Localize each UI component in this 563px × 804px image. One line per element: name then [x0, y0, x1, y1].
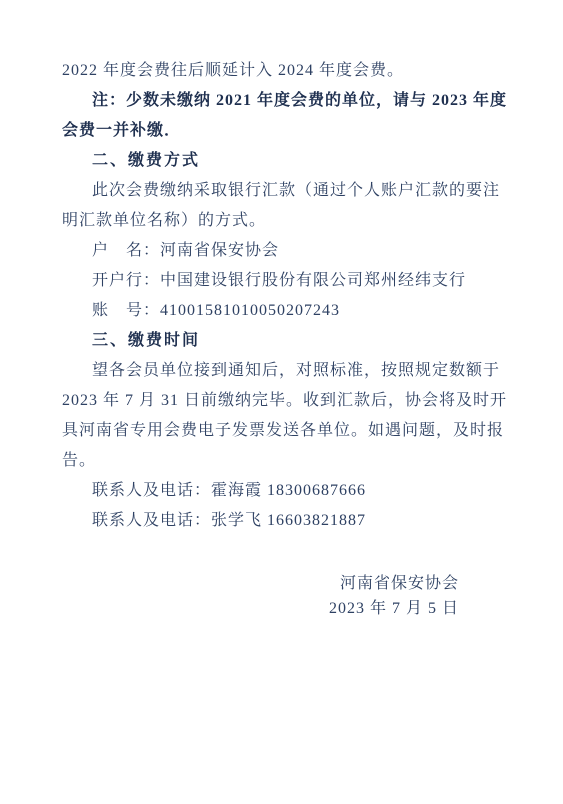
doc-line-bank-name: 开户行：中国建设银行股份有限公司郑州经纬支行 [62, 266, 503, 296]
doc-line-account-number: 账 号：41001581010050207243 [62, 296, 503, 326]
signature-block: 河南省保安协会 2023 年 7 月 5 日 [62, 571, 503, 621]
doc-line-contact-1: 联系人及电话：霍海霞 18300687666 [62, 476, 503, 506]
doc-line-method-2: 明汇款单位名称）的方式。 [62, 206, 503, 236]
heading-payment-time: 三、缴费时间 [62, 326, 503, 356]
doc-line-note-continuation: 会费一并补缴． [62, 116, 503, 146]
heading-payment-method: 二、缴费方式 [62, 146, 503, 176]
document-page: 2022 年度会费往后顺延计入 2024 年度会费。 注：少数未缴纳 2021 … [0, 0, 563, 804]
doc-line-time-3: 具河南省专用会费电子发票发送各单位。如遇问题，及时报 [62, 416, 503, 446]
signature-date: 2023 年 7 月 5 日 [62, 596, 459, 621]
doc-line-continuation: 2022 年度会费往后顺延计入 2024 年度会费。 [62, 56, 503, 86]
doc-line-note: 注：少数未缴纳 2021 年度会费的单位，请与 2023 年度 [62, 86, 503, 116]
signature-organization: 河南省保安协会 [62, 571, 459, 596]
doc-line-contact-2: 联系人及电话：张学飞 16603821887 [62, 506, 503, 536]
doc-line-account-holder: 户 名：河南省保安协会 [62, 236, 503, 266]
doc-line-time-1: 望各会员单位接到通知后，对照标准，按照规定数额于 [62, 356, 503, 386]
document-body: 2022 年度会费往后顺延计入 2024 年度会费。 注：少数未缴纳 2021 … [62, 56, 503, 621]
doc-line-method-1: 此次会费缴纳采取银行汇款（通过个人账户汇款的要注 [62, 176, 503, 206]
doc-line-time-2: 2023 年 7 月 31 日前缴纳完毕。收到汇款后，协会将及时开 [62, 386, 503, 416]
doc-line-time-4: 告。 [62, 446, 503, 476]
